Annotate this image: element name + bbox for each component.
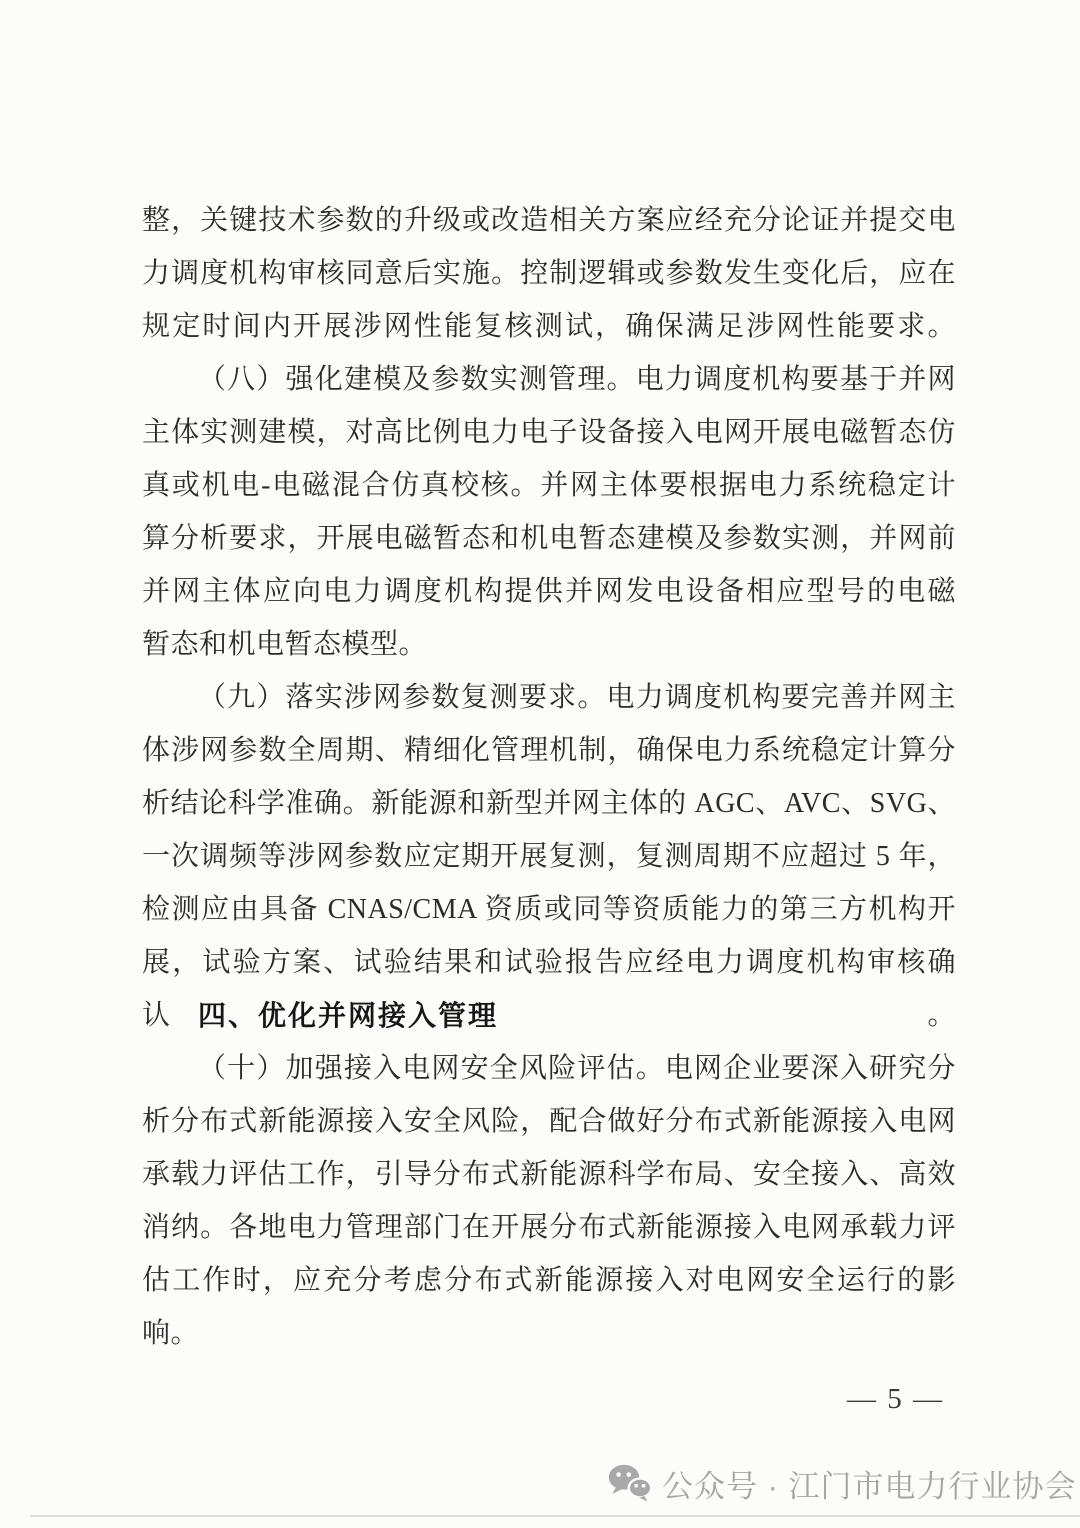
text-line: 响。 — [142, 1307, 956, 1360]
text-line: 真或机电-电磁混合仿真校核。并网主体要根据电力系统稳定计 — [142, 459, 956, 512]
page-number: — 5 — — [142, 1381, 944, 1417]
document-page: 整，关键技术参数的升级或改造相关方案应经充分论证并提交电力调度机构审核同意后实施… — [0, 0, 1080, 1528]
text-line: （十）加强接入电网安全风险评估。电网企业要深入研究分 — [142, 1042, 956, 1095]
wechat-icon — [608, 1464, 652, 1502]
text-line: 估工作时，应充分考虑分布式新能源接入对电网安全运行的影 — [142, 1254, 956, 1307]
text-line: 消纳。各地电力管理部门在开展分布式新能源接入电网承载力评 — [142, 1201, 956, 1254]
document-body: 整，关键技术参数的升级或改造相关方案应经充分论证并提交电力调度机构审核同意后实施… — [142, 194, 956, 1360]
bottom-divider — [30, 1515, 1080, 1517]
text-line: 承载力评估工作，引导分布式新能源科学布局、安全接入、高效 — [142, 1148, 956, 1201]
text-line: 析结论科学准确。新能源和新型并网主体的 AGC、AVC、SVG、 — [142, 777, 956, 830]
text-line: 并网主体应向电力调度机构提供并网发电设备相应型号的电磁 — [142, 565, 956, 618]
text-line: 主体实测建模，对高比例电力电子设备接入电网开展电磁暂态仿 — [142, 406, 956, 459]
text-line: 体涉网参数全周期、精细化管理机制，确保电力系统稳定计算分 — [142, 724, 956, 777]
text-line: 检测应由具备 CNAS/CMA 资质或同等资质能力的第三方机构开 — [142, 883, 956, 936]
text-line: 一次调频等涉网参数应定期开展复测，复测周期不应超过 5 年， — [142, 830, 956, 883]
footer-text: 公众号 · 江门市电力行业协会 — [662, 1461, 1077, 1506]
text-line: 暂态和机电暂态模型。 — [142, 618, 956, 671]
text-line: 析分布式新能源接入安全风险，配合做好分布式新能源接入电网 — [142, 1095, 956, 1148]
text-line: 整，关键技术参数的升级或改造相关方案应经充分论证并提交电 — [142, 194, 956, 247]
text-line: 力调度机构审核同意后实施。控制逻辑或参数发生变化后，应在 — [142, 247, 956, 300]
text-line: 规定时间内开展涉网性能复核测试，确保满足涉网性能要求。 — [142, 300, 956, 353]
text-line: 算分析要求，开展电磁暂态和机电暂态建模及参数实测，并网前 — [142, 512, 956, 565]
footer-watermark: 公众号 · 江门市电力行业协会 — [608, 1462, 1077, 1504]
text-line: （九）落实涉网参数复测要求。电力调度机构要完善并网主 — [142, 671, 956, 724]
text-line: （八）强化建模及参数实测管理。电力调度机构要基于并网 — [142, 353, 956, 406]
text-line: 展，试验方案、试验结果和试验报告应经电力调度机构审核确认。 — [142, 936, 956, 989]
